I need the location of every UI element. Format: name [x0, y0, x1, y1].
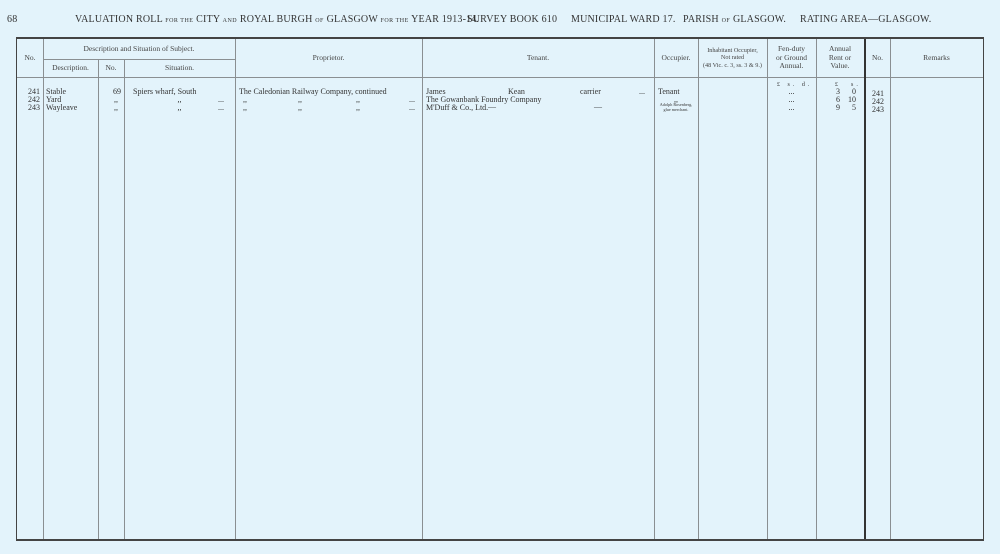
roll-title: VALUATION ROLL for the CITY and ROYAL BU… — [75, 14, 479, 25]
row-proprietor-dots: ... — [409, 103, 415, 112]
row-proprietor-ditto: ,, — [243, 103, 247, 112]
header-situation: Situation. — [124, 59, 235, 77]
header-inhabitant-occupier: Inhabitant Occupier, Not rated (48 Vic. … — [698, 39, 767, 77]
header-tenant: Tenant. — [422, 39, 654, 77]
header-description-group: Description and Situation of Subject. — [43, 39, 235, 59]
row-tenant-first: M'Duff & Co., Ltd. — [426, 103, 488, 112]
col-divider — [422, 39, 423, 539]
header-sub-no: No. — [98, 59, 124, 77]
row-fen-duty: ... — [767, 103, 816, 112]
col-divider — [98, 59, 99, 539]
header-bottom-rule — [17, 77, 983, 78]
row-tenant-dash: — — [488, 102, 496, 111]
page-number: 68 — [7, 14, 17, 25]
row-tenant-occupation: carrier — [580, 87, 601, 96]
header-occupier: Occupier. — [654, 39, 698, 77]
col-divider-thick — [864, 39, 866, 539]
col-divider — [816, 39, 817, 539]
row-annual-pounds: 9 — [816, 103, 840, 112]
row-description: Wayleave — [46, 103, 77, 112]
col-divider — [124, 59, 125, 539]
header-proprietor: Proprietor. — [235, 39, 422, 77]
col-divider — [767, 39, 768, 539]
page-header: 68 VALUATION ROLL for the CITY and ROYAL… — [0, 14, 1000, 28]
row-proprietor-ditto: ,, — [298, 103, 302, 112]
col-divider — [654, 39, 655, 539]
header-fen-duty: Fen-duty or Ground Annual. — [767, 39, 816, 77]
valuation-ledger-table: No. Description and Situation of Subject… — [16, 37, 984, 541]
header-no: No. — [17, 39, 43, 77]
header-remarks: Remarks — [890, 39, 983, 77]
col-divider — [235, 39, 236, 539]
col-divider — [890, 39, 891, 539]
header-annual-rent: Annual Rent or Value. — [816, 39, 864, 77]
row-sub-no: ,, — [98, 103, 118, 112]
header-description: Description. — [43, 59, 98, 77]
row-situation-dots: ... — [218, 103, 224, 112]
row-proprietor: The Caledonian Railway Company, continue… — [239, 87, 387, 96]
row-proprietor-ditto: ,, — [356, 103, 360, 112]
col-divider — [43, 39, 44, 539]
row-tenant-dots: ... — [639, 87, 645, 96]
municipal-ward: MUNICIPAL WARD 17. — [571, 14, 676, 25]
header-no-right: No. — [865, 39, 890, 77]
survey-book: SURVEY BOOK 610 — [467, 14, 557, 25]
rating-area: RATING AREA—GLASGOW. — [800, 14, 931, 25]
row-occupier-note: Adolph Rosenberg, glue merchant. — [654, 103, 698, 112]
parish: PARISH of GLASGOW. — [683, 14, 786, 25]
row-no: 243 — [17, 103, 40, 112]
row-annual-shillings: 5 — [840, 103, 856, 112]
row-no-right: 243 — [866, 105, 890, 114]
col-divider — [698, 39, 699, 539]
row-tenant-dash: — — [594, 102, 602, 111]
